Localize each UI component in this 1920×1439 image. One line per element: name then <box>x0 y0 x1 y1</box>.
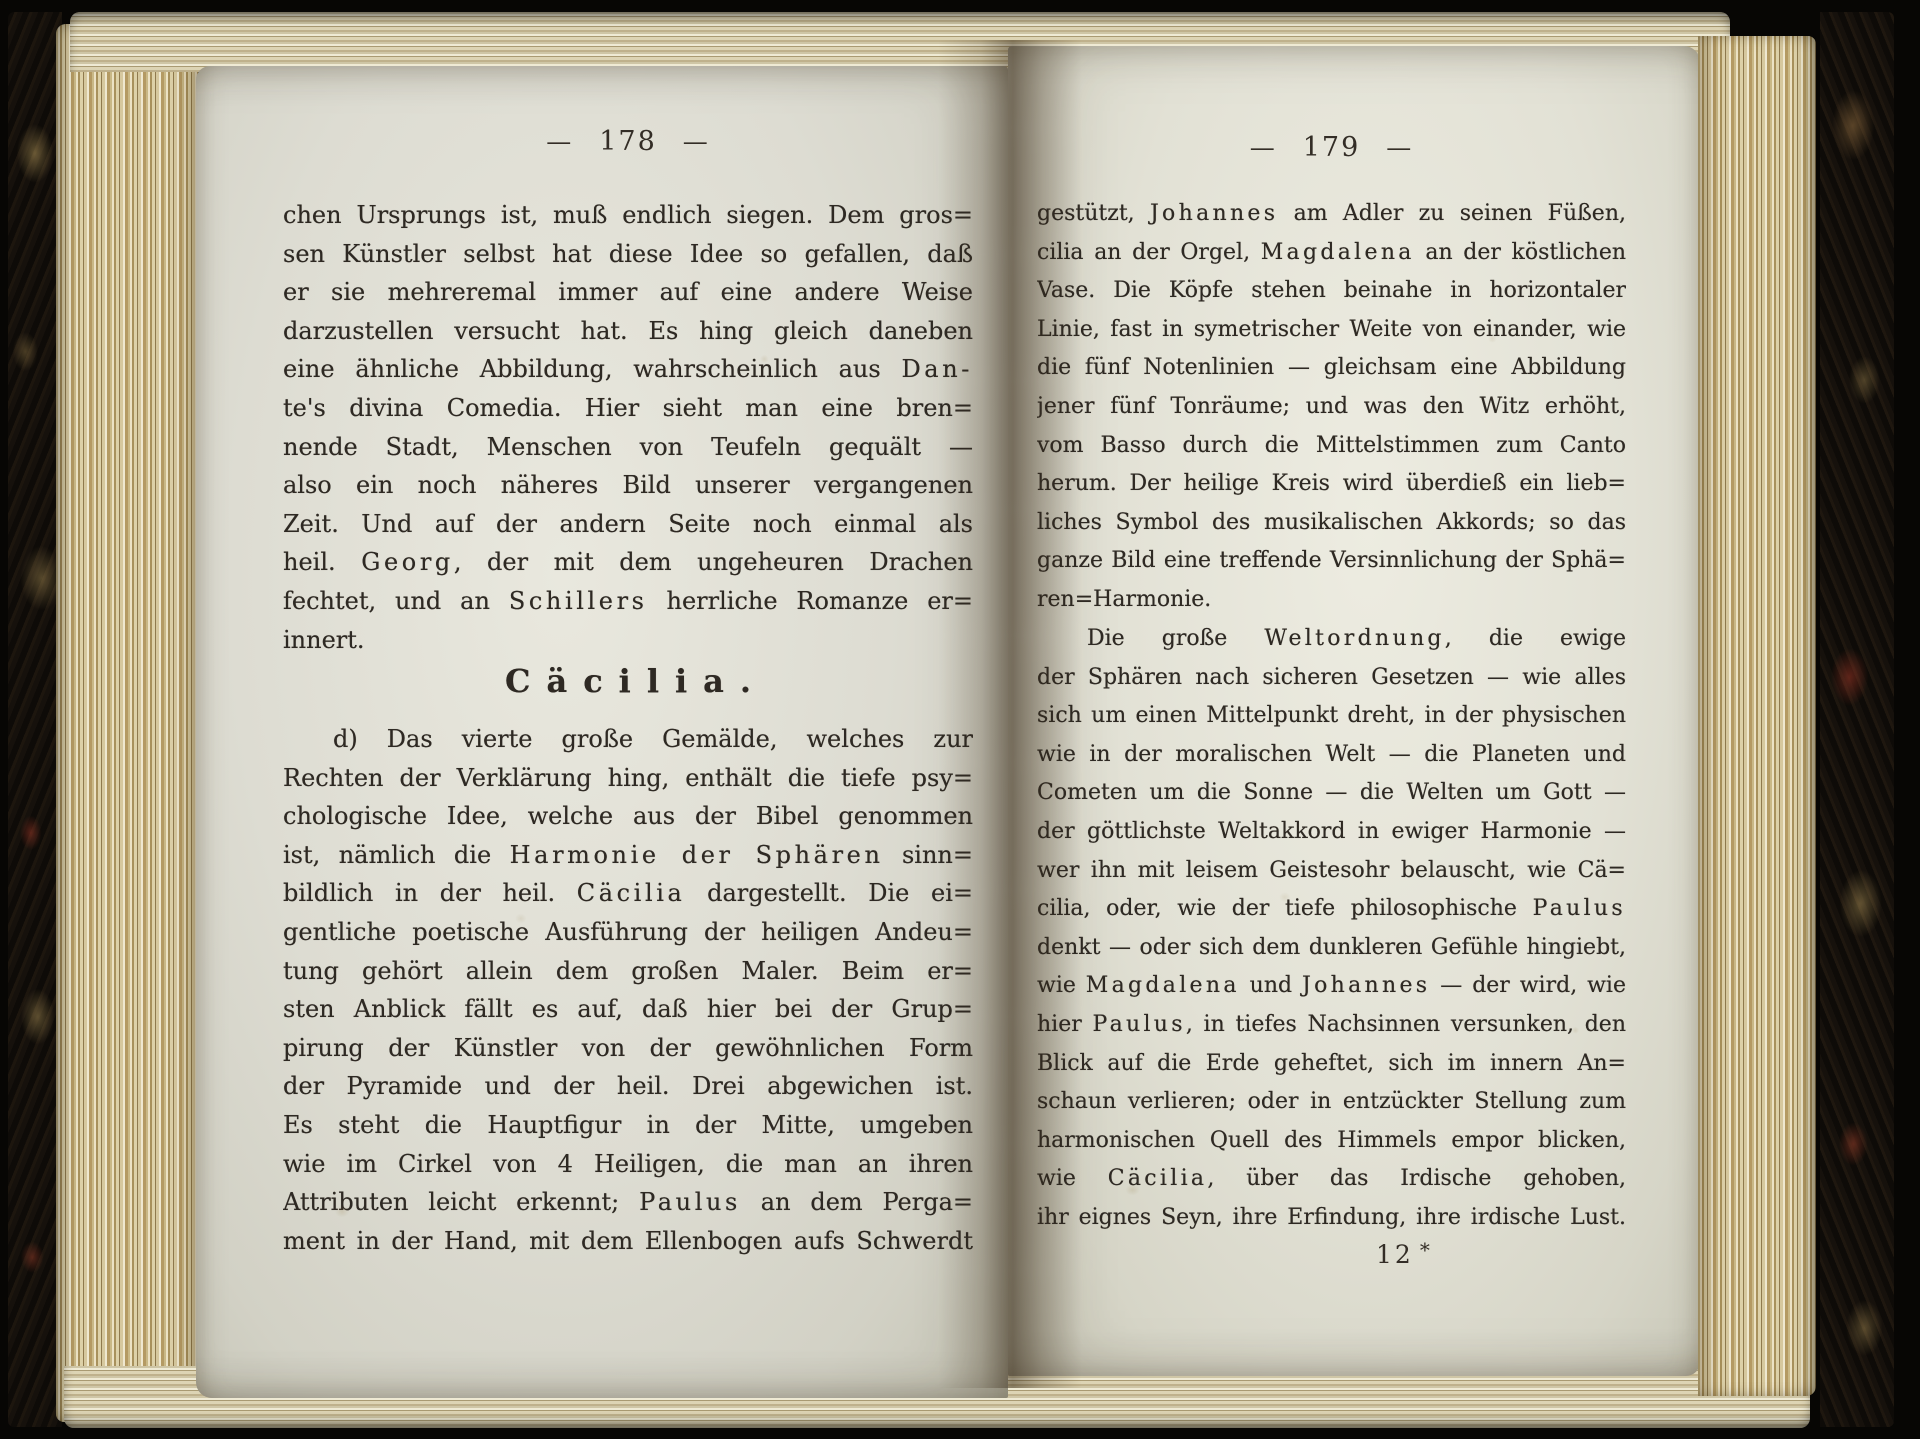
text-line: pirung der Künstler von der gewöhnlichen… <box>283 1029 973 1068</box>
text-line: Cometen um die Sonne — die Welten um Got… <box>1037 774 1626 813</box>
text-line: ihr eignes Seyn, ihre Erfindung, ihre ir… <box>1037 1199 1626 1238</box>
text-line: wie Magdalena und Johannes — der wird, w… <box>1037 967 1626 1006</box>
text-line: sich um einen Mittelpunkt dreht, in der … <box>1037 697 1626 736</box>
text-line: cilia, oder, wie der tiefe philosophisch… <box>1037 890 1626 929</box>
body-text-paragraph: chen Ursprungs ist, muß endlich siegen. … <box>283 196 973 659</box>
text-line: vom Basso durch die Mittelstimmen zum Ca… <box>1037 427 1626 466</box>
page-number: 179 <box>1303 132 1361 163</box>
text-line: Die große Weltordnung, die ewige Bewegun… <box>1037 620 1626 659</box>
text-line: Linie, fast in symetrischer Weite von ei… <box>1037 311 1626 350</box>
text-line: sten Anblick fällt es auf, daß hier bei … <box>283 990 973 1029</box>
text-line: jener fünf Tonräume; und was den Witz er… <box>1037 388 1626 427</box>
text-line: Zeit. Und auf der andern Seite noch einm… <box>283 505 973 544</box>
header-dash-right: — <box>1360 133 1439 162</box>
text-line: chen Ursprungs ist, muß endlich siegen. … <box>283 196 973 235</box>
text-line: also ein noch näheres Bild unserer verga… <box>283 466 973 505</box>
text-line: der Sphären nach sicheren Gesetzen — wie… <box>1037 659 1626 698</box>
text-line: ment in der Hand, mit dem Ellenbogen auf… <box>283 1222 973 1261</box>
text-line: fechtet, und an Schillers herrliche Roma… <box>283 582 973 621</box>
text-line: bildlich in der heil. Cäcilia dargestell… <box>283 874 973 913</box>
body-text-paragraph: gestützt, Johannes am Adler zu seinen Fü… <box>1037 195 1626 620</box>
signature-number: 12 <box>1376 1240 1414 1269</box>
text-line: die fünf Notenlinien — gleichsam eine Ab… <box>1037 349 1626 388</box>
page-number: 178 <box>599 126 657 157</box>
page-178: — 178 — chen Ursprungs ist, muß endlich … <box>196 66 1008 1398</box>
text-line: nende Stadt, Menschen von Teufeln gequäl… <box>283 428 973 467</box>
text-line: Attributen leicht erkennt; Paulus an dem… <box>283 1183 973 1222</box>
text-line: ganze Bild eine treffende Versinnlichung… <box>1037 542 1626 581</box>
text-line: chologische Idee, welche aus der Bibel g… <box>283 797 973 836</box>
text-line: harmonischen Quell des Himmels empor bli… <box>1037 1122 1626 1161</box>
text-line: ist, nämlich die Harmonie der Sphären si… <box>283 836 973 875</box>
text-line: herum. Der heilige Kreis wird überdieß e… <box>1037 465 1626 504</box>
right-page-edges <box>1698 36 1816 1396</box>
page-header: — 178 — <box>283 126 973 157</box>
page-179: — 179 — gestützt, Johannes am Adler zu s… <box>1008 46 1700 1376</box>
text-line: wie in der moralischen Welt — die Planet… <box>1037 736 1626 775</box>
signature-mark: 12* <box>1376 1238 1433 1269</box>
text-line: gentliche poetische Ausführung der heili… <box>283 913 973 952</box>
text-line: gestützt, Johannes am Adler zu seinen Fü… <box>1037 195 1626 234</box>
text-line: liches Symbol des musikalischen Akkords;… <box>1037 504 1626 543</box>
text-line: wie im Cirkel von 4 Heiligen, die man an… <box>283 1145 973 1184</box>
text-line: der Pyramide und der heil. Drei abgewich… <box>283 1067 973 1106</box>
signature-star: * <box>1414 1238 1433 1262</box>
text-line: hier Paulus, in tiefes Nachsinnen versun… <box>1037 1006 1626 1045</box>
text-line: er sie mehreremal immer auf eine andere … <box>283 273 973 312</box>
text-line: tung gehört allein dem großen Maler. Bei… <box>283 952 973 991</box>
left-cover-board <box>8 12 62 1427</box>
section-heading: Cäcilia. <box>283 662 973 700</box>
header-dash-right: — <box>657 127 736 156</box>
right-cover-board <box>1820 12 1894 1427</box>
text-line: Vase. Die Köpfe stehen beinahe in horizo… <box>1037 272 1626 311</box>
photo-background: — 178 — chen Ursprungs ist, muß endlich … <box>0 0 1920 1439</box>
text-line: schaun verlieren; oder in entzückter Ste… <box>1037 1083 1626 1122</box>
text-line: Es steht die Hauptfigur in der Mitte, um… <box>283 1106 973 1145</box>
text-line: sen Künstler selbst hat diese Idee so ge… <box>283 235 973 274</box>
text-line: wie Cäcilia, über das Irdische gehoben, … <box>1037 1160 1626 1199</box>
text-line: wer ihn mit leisem Geistesohr belauscht,… <box>1037 852 1626 891</box>
text-line: d) Das vierte große Gemälde, welches zur <box>283 720 973 759</box>
text-line: heil. Georg, der mit dem ungeheuren Drac… <box>283 543 973 582</box>
text-line: darzustellen versucht hat. Es hing gleic… <box>283 312 973 351</box>
text-line: denkt — oder sich dem dunkleren Gefühle … <box>1037 929 1626 968</box>
left-page-edges <box>56 24 198 1422</box>
body-text-paragraph: Die große Weltordnung, die ewige Bewegun… <box>1037 620 1626 1238</box>
body-text-paragraph: d) Das vierte große Gemälde, welches zur… <box>283 720 973 1260</box>
page-header: — 179 — <box>1037 132 1626 163</box>
header-dash-left: — <box>1224 133 1303 162</box>
text-line: cilia an der Orgel, Magdalena an der kös… <box>1037 234 1626 273</box>
text-line: ren=Harmonie. <box>1037 581 1626 620</box>
text-line: der göttlichste Weltakkord in ewiger Har… <box>1037 813 1626 852</box>
text-line: eine ähnliche Abbildung, wahrscheinlich … <box>283 350 973 389</box>
text-line: Rechten der Verklärung hing, enthält die… <box>283 759 973 798</box>
text-line: te's divina Comedia. Hier sieht man eine… <box>283 389 973 428</box>
text-line: innert. <box>283 621 973 660</box>
text-line: Blick auf die Erde geheftet, sich im inn… <box>1037 1045 1626 1084</box>
header-dash-left: — <box>520 127 599 156</box>
